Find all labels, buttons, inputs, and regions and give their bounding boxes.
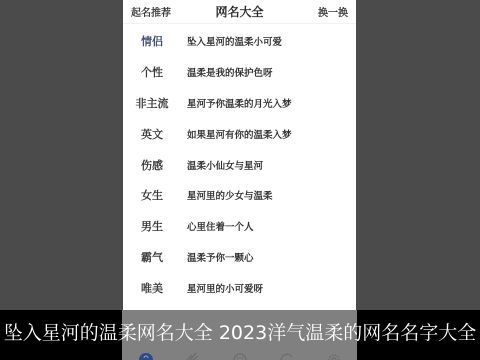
phone-screen: 起名推荐 网名大全 换一换 情侣 坠入星河的温柔小可爱 个性 温柔是我的保护色呀… [123, 0, 356, 360]
list-row: 个性 温柔是我的保护色呀 [123, 57, 356, 88]
name-item[interactable]: 星河里的少女与温柔 [181, 188, 356, 202]
category-tab-girls[interactable]: 女生 [123, 187, 181, 203]
category-tab-couple[interactable]: 情侣 [123, 33, 181, 49]
name-item[interactable]: 星河里的小可爱呀 [181, 281, 356, 295]
home-icon [139, 352, 153, 360]
tab-home[interactable] [138, 346, 154, 360]
chat-icon [233, 352, 247, 360]
video-caption: 坠入星河的温柔网名大全 2023洋气温柔的网名名字大全 [0, 318, 480, 345]
category-tab-sad[interactable]: 伤感 [123, 157, 181, 173]
category-tab-personality[interactable]: 个性 [123, 64, 181, 80]
name-item[interactable]: 温柔予你一颗心 [181, 250, 356, 264]
name-item[interactable]: 星河予你温柔的月光入梦 [181, 96, 356, 110]
feather-icon [186, 352, 200, 360]
tab-settings[interactable] [326, 346, 342, 360]
name-item[interactable]: 温柔小仙女与星河 [181, 158, 356, 172]
name-item[interactable]: 心里住着一个人 [181, 219, 356, 233]
list-row: 女生 星河里的少女与温柔 [123, 180, 356, 211]
name-list: 情侣 坠入星河的温柔小可爱 个性 温柔是我的保护色呀 非主流 星河予你温柔的月光… [123, 26, 356, 303]
shuffle-button[interactable]: 换一换 [318, 4, 348, 19]
top-bar: 起名推荐 网名大全 换一换 [123, 0, 356, 24]
category-tab-english[interactable]: 英文 [123, 126, 181, 142]
tab-chat[interactable] [232, 346, 248, 360]
refresh-icon [280, 352, 294, 360]
gear-icon [327, 352, 341, 360]
list-row: 男生 心里住着一个人 [123, 211, 356, 242]
list-row: 英文 如果星河有你的温柔入梦 [123, 118, 356, 149]
category-tab-alternative[interactable]: 非主流 [123, 95, 181, 111]
page-title: 网名大全 [215, 3, 263, 20]
list-row: 霸气 温柔予你一颗心 [123, 242, 356, 273]
name-item[interactable]: 坠入星河的温柔小可爱 [181, 34, 356, 48]
category-tab-boys[interactable]: 男生 [123, 218, 181, 234]
name-item[interactable]: 如果星河有你的温柔入梦 [181, 127, 356, 141]
bottom-tab-bar [122, 343, 357, 360]
name-item[interactable]: 温柔是我的保护色呀 [181, 65, 356, 79]
list-row: 情侣 坠入星河的温柔小可爱 [123, 26, 356, 57]
list-row: 非主流 星河予你温柔的月光入梦 [123, 88, 356, 119]
recommend-button[interactable]: 起名推荐 [131, 4, 171, 19]
category-tab-domineering[interactable]: 霸气 [123, 249, 181, 265]
tab-discover[interactable] [279, 346, 295, 360]
tab-write[interactable] [185, 346, 201, 360]
category-tab-aesthetic[interactable]: 唯美 [123, 280, 181, 296]
list-row: 伤感 温柔小仙女与星河 [123, 149, 356, 180]
list-row: 唯美 星河里的小可爱呀 [123, 272, 356, 303]
